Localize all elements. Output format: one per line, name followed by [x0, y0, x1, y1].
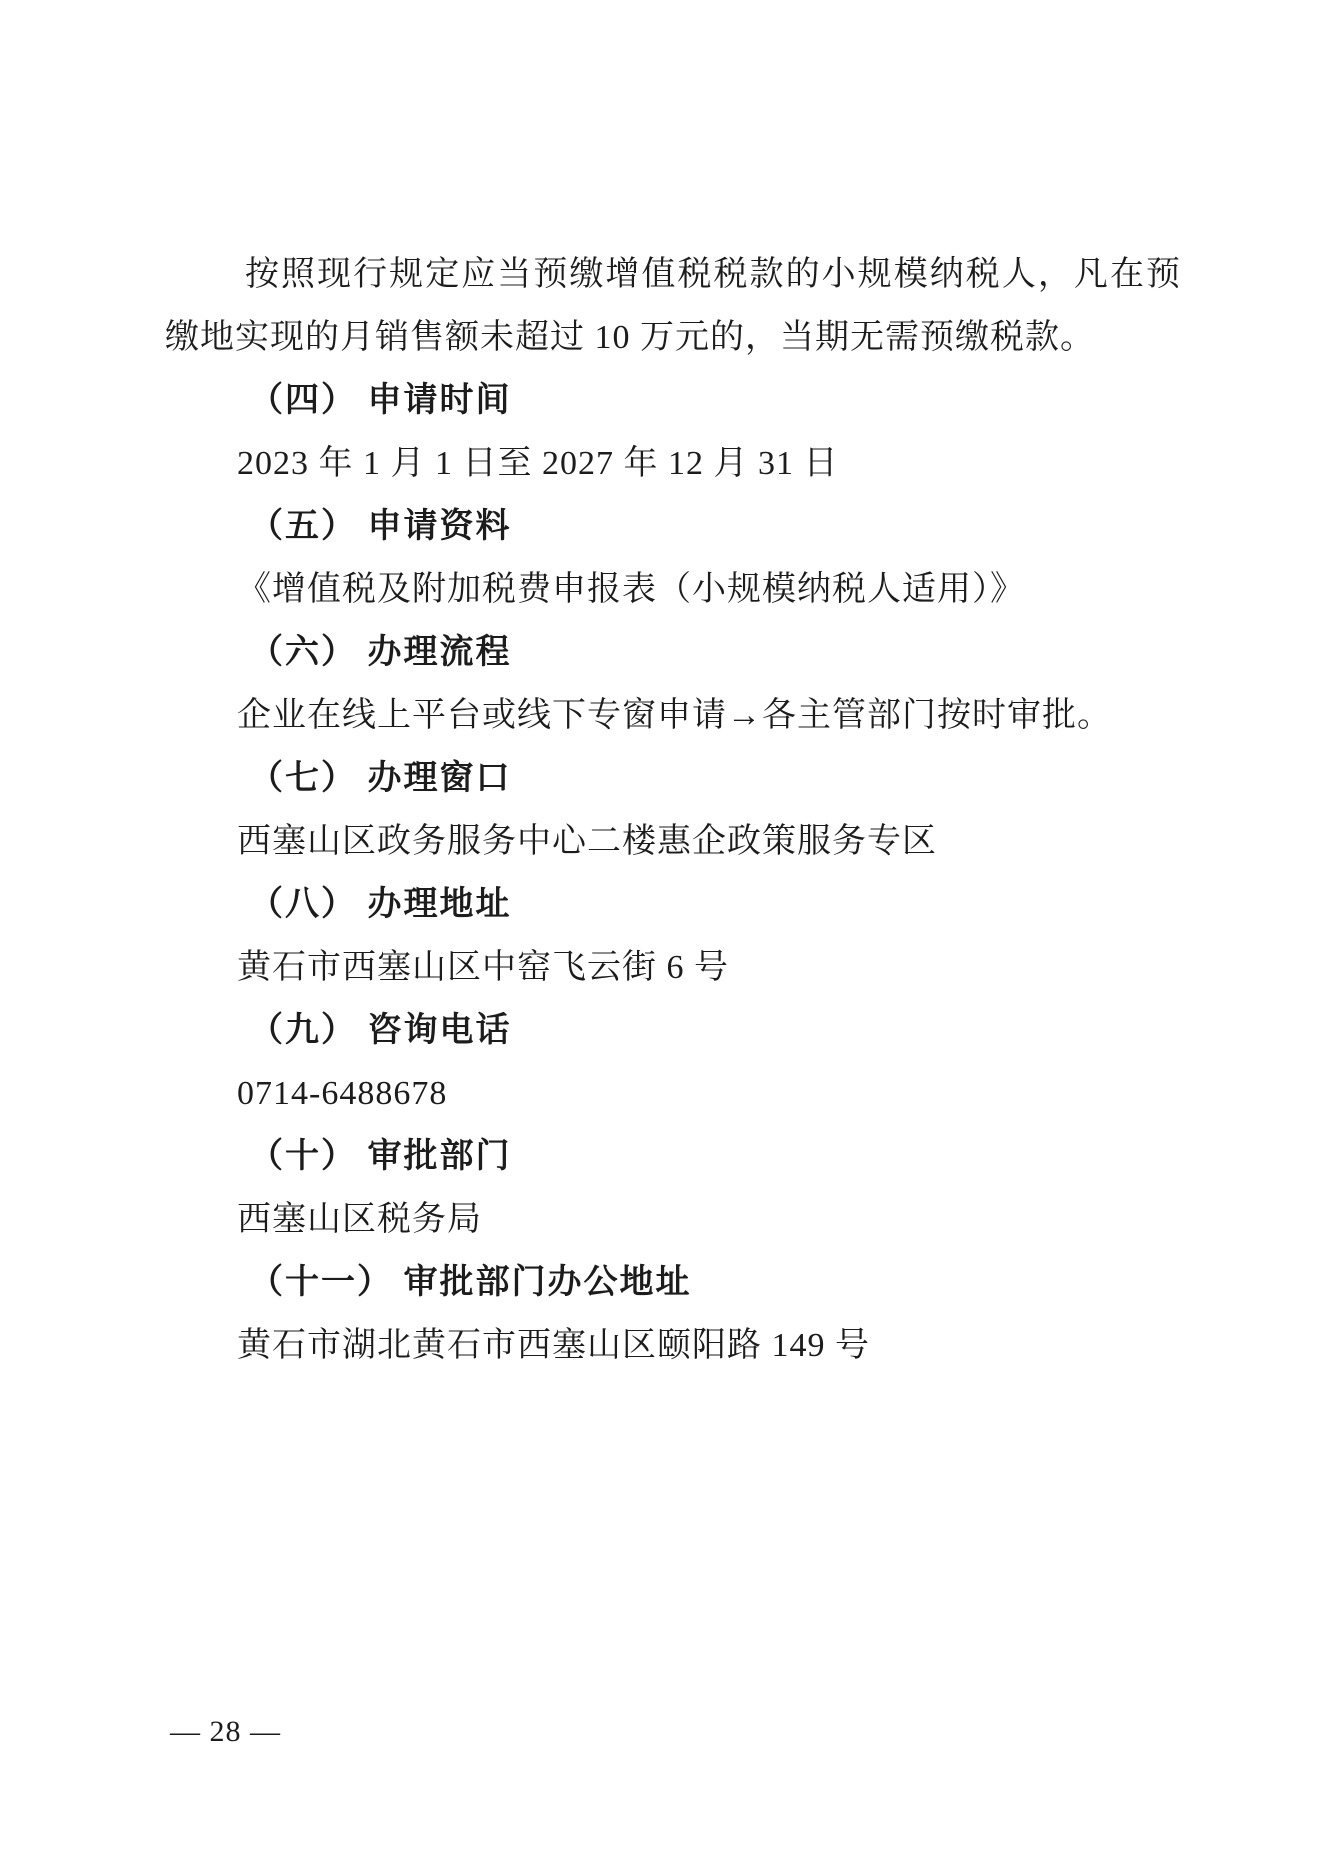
section-7: （七） 办理窗口 西塞山区政务服务中心二楼惠企政策服务专区 — [165, 747, 1181, 873]
page-number: — 28 — — [170, 1712, 281, 1752]
section-7-body: 西塞山区政务服务中心二楼惠企政策服务专区 — [165, 810, 1181, 873]
section-5-heading: （五） 申请资料 — [165, 495, 1181, 558]
section-4-body: 2023 年 1 月 1 日至 2027 年 12 月 31 日 — [165, 432, 1181, 495]
section-10-heading: （十） 审批部门 — [165, 1125, 1181, 1188]
section-11-heading: （十一） 审批部门办公地址 — [165, 1251, 1181, 1314]
document-page: 按照现行规定应当预缴增值税税款的小规模纳税人，凡在预缴地实现的月销售额未超过 1… — [0, 0, 1323, 1871]
section-8-heading: （八） 办理地址 — [165, 873, 1181, 936]
section-7-heading: （七） 办理窗口 — [165, 747, 1181, 810]
section-4: （四） 申请时间 2023 年 1 月 1 日至 2027 年 12 月 31 … — [165, 369, 1181, 495]
section-9: （九） 咨询电话 0714-6488678 — [165, 999, 1181, 1125]
section-8-body: 黄石市西塞山区中窑飞云街 6 号 — [165, 936, 1181, 999]
section-11-body: 黄石市湖北黄石市西塞山区颐阳路 149 号 — [165, 1314, 1181, 1377]
section-5-body: 《增值税及附加税费申报表（小规模纳税人适用）》 — [165, 558, 1181, 621]
section-10-body: 西塞山区税务局 — [165, 1188, 1181, 1251]
section-10: （十） 审批部门 西塞山区税务局 — [165, 1125, 1181, 1251]
section-8: （八） 办理地址 黄石市西塞山区中窑飞云街 6 号 — [165, 873, 1181, 999]
section-11: （十一） 审批部门办公地址 黄石市湖北黄石市西塞山区颐阳路 149 号 — [165, 1251, 1181, 1377]
section-6-body: 企业在线上平台或线下专窗申请→各主管部门按时审批。 — [165, 684, 1181, 747]
section-6-heading: （六） 办理流程 — [165, 621, 1181, 684]
section-9-body: 0714-6488678 — [165, 1062, 1181, 1125]
section-6: （六） 办理流程 企业在线上平台或线下专窗申请→各主管部门按时审批。 — [165, 621, 1181, 747]
intro-paragraph: 按照现行规定应当预缴增值税税款的小规模纳税人，凡在预缴地实现的月销售额未超过 1… — [165, 243, 1181, 369]
section-9-heading: （九） 咨询电话 — [165, 999, 1181, 1062]
section-4-heading: （四） 申请时间 — [165, 369, 1181, 432]
section-5: （五） 申请资料 《增值税及附加税费申报表（小规模纳税人适用）》 — [165, 495, 1181, 621]
document-content: 按照现行规定应当预缴增值税税款的小规模纳税人，凡在预缴地实现的月销售额未超过 1… — [165, 243, 1181, 1377]
